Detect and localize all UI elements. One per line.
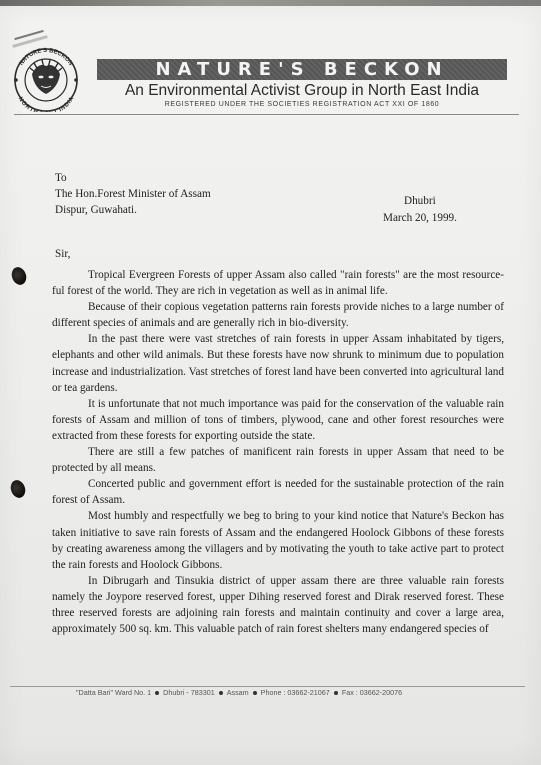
to-label: To	[55, 170, 211, 186]
footer-phone: Phone : 03662-21067	[261, 688, 330, 697]
letterhead-footer: "Datta Bari" Ward No. 1Dhubri - 783301As…	[76, 688, 476, 697]
letterhead-divider	[14, 114, 519, 115]
recipient-address: To The Hon.Forest Minister of Assam Disp…	[55, 170, 211, 218]
svg-text:NATURE'S BECKON: NATURE'S BECKON	[19, 48, 74, 67]
paragraph: There are still a few patches of manific…	[52, 444, 504, 476]
bullet-icon	[253, 691, 257, 695]
bullet-icon	[155, 691, 159, 695]
footer-address: "Datta Bari" Ward No. 1	[76, 688, 151, 697]
logo-ring-top-text: NATURE'S BECKON	[19, 48, 74, 67]
logo-ring-bottom-text: NORTH EAST INDIA	[17, 96, 76, 112]
paragraph: Concerted public and government effort i…	[52, 476, 504, 508]
letter-page: NATURE'S BECKON NORTH EAST INDIA NATURE'…	[0, 6, 541, 765]
letter-place: Dhubri	[404, 195, 436, 207]
paragraph: Most humbly and respectfully we beg to b…	[52, 508, 504, 572]
paragraph: In the past there were vast stretches of…	[52, 331, 504, 395]
letter-body: Tropical Evergreen Forests of upper Assa…	[52, 267, 504, 637]
recipient-line-1: The Hon.Forest Minister of Assam	[55, 186, 211, 202]
bullet-icon	[219, 691, 223, 695]
footer-divider	[10, 686, 525, 687]
paragraph: It is unfortunate that not much importan…	[52, 396, 504, 444]
punch-hole-top	[9, 265, 28, 287]
paragraph: Because of their copious vegetation patt…	[52, 299, 504, 331]
footer-fax: Fax : 03662-20076	[342, 688, 402, 697]
paragraph: In Dibrugarh and Tinsukia district of up…	[52, 573, 504, 637]
organization-banner: NATURE'S BECKON	[97, 59, 507, 80]
recipient-line-2: Dispur, Guwahati.	[55, 202, 211, 218]
svg-text:NORTH EAST INDIA: NORTH EAST INDIA	[17, 96, 76, 112]
tribal-mask-emblem-icon: NATURE'S BECKON NORTH EAST INDIA	[8, 44, 84, 112]
paragraph: Tropical Evergreen Forests of upper Assa…	[52, 267, 504, 299]
footer-state: Assam	[227, 688, 249, 697]
organization-subtitle: An Environmental Activist Group in North…	[112, 82, 492, 100]
registration-note: REGISTERED UNDER THE SOCIETIES REGISTRAT…	[112, 101, 492, 108]
punch-hole-bottom	[8, 478, 27, 500]
letter-date: March 20, 1999.	[383, 212, 457, 224]
footer-city: Dhubri - 783301	[163, 688, 215, 697]
salutation: Sir,	[55, 248, 70, 260]
bullet-icon	[334, 691, 338, 695]
